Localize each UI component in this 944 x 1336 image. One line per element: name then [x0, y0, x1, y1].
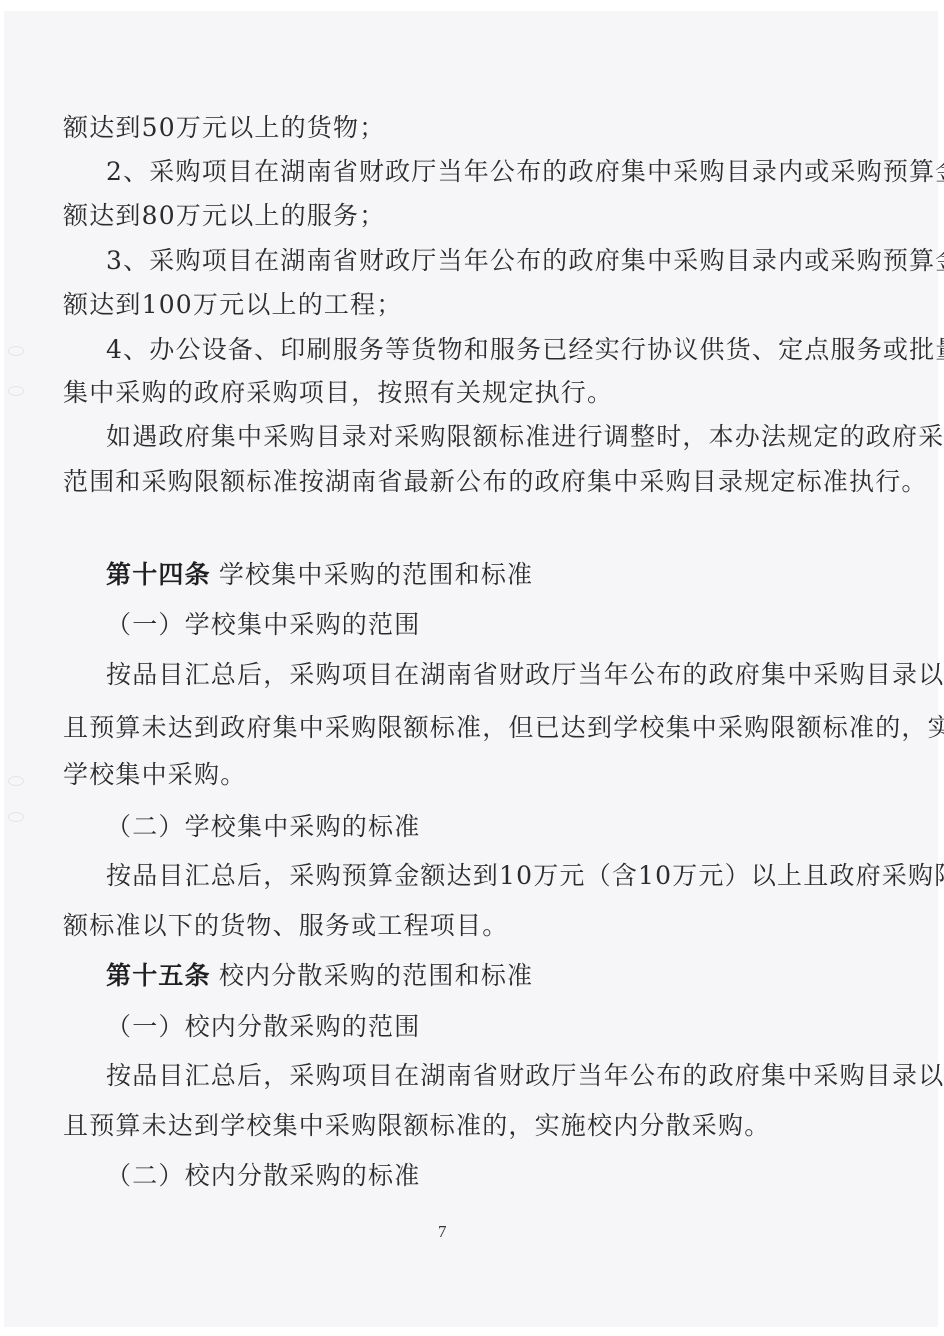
- text-line: 按品目汇总后，采购项目在湖南省财政厅当年公布的政府集中采购目录以外: [106, 657, 886, 693]
- section-title: （二）校内分散采购的标准: [106, 1158, 886, 1194]
- text-line: 学校集中采购。: [63, 757, 843, 793]
- text-line: 按品目汇总后，采购预算金额达到10万元（含10万元）以上且政府采购限: [106, 858, 886, 894]
- article-number: 第十五条: [106, 961, 211, 990]
- page-number: 7: [438, 1222, 447, 1242]
- text-line: 额达到100万元以上的工程；: [63, 287, 843, 323]
- section-title: （二）学校集中采购的标准: [106, 809, 886, 845]
- text-line: 额达到50万元以上的货物；: [63, 110, 843, 146]
- text-line: 且预算未达到政府集中采购限额标准，但已达到学校集中采购限额标准的，实施: [63, 710, 843, 746]
- text-line: 2、采购项目在湖南省财政厅当年公布的政府集中采购目录内或采购预算金: [106, 154, 886, 190]
- text-line: 如遇政府集中采购目录对采购限额标准进行调整时，本办法规定的政府采购: [106, 419, 886, 455]
- binding-hole-mark: [8, 346, 24, 356]
- text-line: 按品目汇总后，采购项目在湖南省财政厅当年公布的政府集中采购目录以外: [106, 1058, 886, 1094]
- text-line: 且预算未达到学校集中采购限额标准的，实施校内分散采购。: [63, 1108, 843, 1144]
- section-title: （一）学校集中采购的范围: [106, 607, 886, 643]
- binding-hole-mark: [8, 812, 24, 822]
- binding-hole-mark: [8, 776, 24, 786]
- article-title: 校内分散采购的范围和标准: [219, 961, 533, 990]
- article-14-heading: 第十四条学校集中采购的范围和标准: [106, 557, 886, 593]
- text-line: 3、采购项目在湖南省财政厅当年公布的政府集中采购目录内或采购预算金: [106, 243, 886, 279]
- text-line: 集中采购的政府采购项目，按照有关规定执行。: [63, 375, 843, 411]
- binding-hole-mark: [8, 386, 24, 396]
- text-line: 额达到80万元以上的服务；: [63, 198, 843, 234]
- text-line: 额标准以下的货物、服务或工程项目。: [63, 908, 843, 944]
- article-15-heading: 第十五条校内分散采购的范围和标准: [106, 958, 886, 994]
- article-title: 学校集中采购的范围和标准: [219, 560, 533, 589]
- section-title: （一）校内分散采购的范围: [106, 1009, 886, 1045]
- article-number: 第十四条: [106, 560, 211, 589]
- text-line: 范围和采购限额标准按湖南省最新公布的政府集中采购目录规定标准执行。: [63, 464, 843, 500]
- text-line: 4、办公设备、印刷服务等货物和服务已经实行协议供货、定点服务或批量: [106, 332, 886, 368]
